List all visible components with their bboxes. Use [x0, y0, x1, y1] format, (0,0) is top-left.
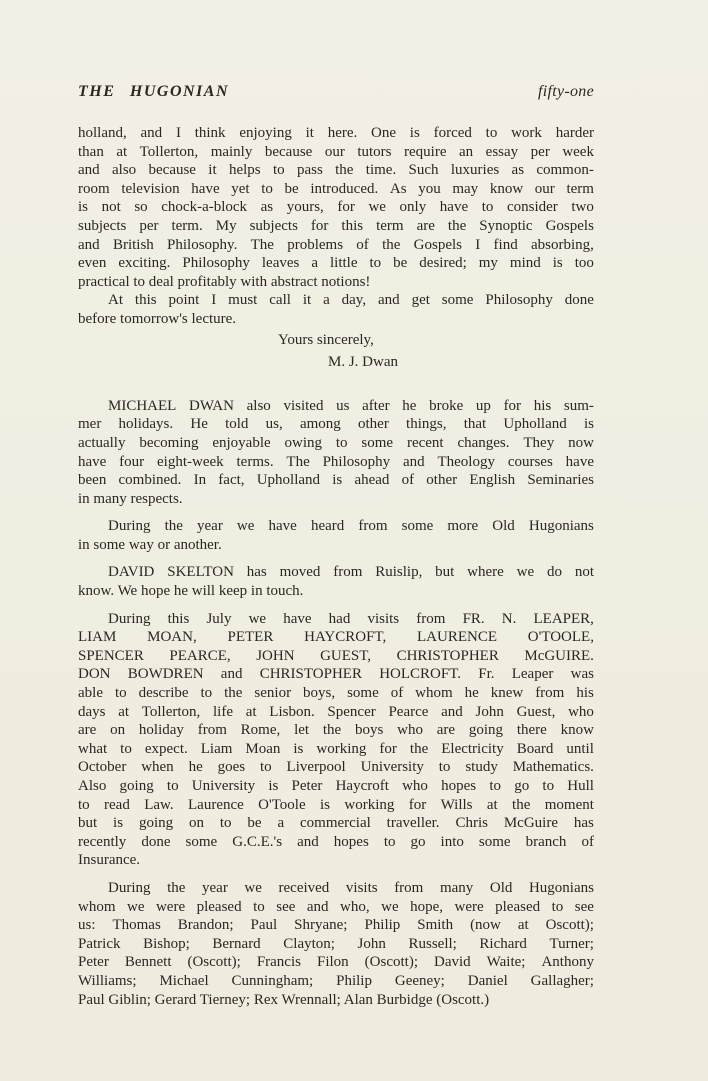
word: JOHN — [256, 647, 294, 666]
word: little — [330, 254, 358, 273]
word: year — [202, 879, 228, 898]
word: Philosophy. — [167, 236, 237, 255]
word: at — [518, 916, 529, 935]
word: to — [261, 180, 273, 199]
text-line: DuringthisJulywehavehadvisitsfromFR.N.LE… — [78, 610, 594, 629]
text-line: PatrickBishop;BernardClayton;JohnRussell… — [78, 935, 594, 954]
word: to — [78, 796, 90, 815]
word: at — [246, 703, 257, 722]
word: have — [191, 180, 219, 199]
word: for — [379, 740, 397, 759]
word: and — [441, 703, 463, 722]
word: tutors — [357, 143, 391, 162]
word: visits — [367, 610, 399, 629]
word: sum- — [564, 397, 594, 416]
text-line: andBritishPhilosophy.TheproblemsoftheGos… — [78, 236, 594, 255]
word: to — [439, 758, 451, 777]
word: the — [512, 796, 530, 815]
word: Geeney; — [395, 972, 445, 991]
word: to — [167, 777, 179, 796]
word: Gospels — [414, 236, 462, 255]
word: to — [336, 434, 348, 453]
word: FR. — [463, 610, 485, 629]
word: get — [412, 291, 430, 310]
word: many — [440, 879, 473, 898]
text-line: toreadLaw.LaurenceO'TooleisworkingforWil… — [78, 796, 594, 815]
word: that — [464, 415, 487, 434]
word: read — [104, 796, 130, 815]
word: to — [542, 777, 554, 796]
word: and — [78, 161, 100, 180]
word: Seminaries — [527, 471, 594, 490]
word: had — [329, 610, 351, 629]
word: let — [294, 721, 309, 740]
word: Cunningham; — [232, 972, 314, 991]
word: at — [116, 143, 127, 162]
text-line: DONBOWDRENandCHRISTOPHERHOLCROFT.Fr.Leap… — [78, 665, 594, 684]
word: we — [237, 517, 255, 536]
word: until — [566, 740, 594, 759]
word: some — [442, 291, 474, 310]
word: at — [487, 796, 498, 815]
word: G.C.E.'s — [232, 833, 282, 852]
word: after — [362, 397, 389, 416]
word: desired; — [419, 254, 466, 273]
text-line: roomtelevisionhaveyettobeintroduced.Asyo… — [78, 180, 594, 199]
word: and — [307, 898, 329, 917]
paragraph: MICHAELDWANalsovisitedusafterhebrokeupfo… — [78, 397, 594, 509]
word: from — [535, 684, 564, 703]
word: pleased — [197, 898, 242, 917]
word: Hugonians — [529, 517, 594, 536]
text-line: practical to deal profitably with abstra… — [78, 273, 594, 292]
word: is — [293, 740, 303, 759]
word: were — [455, 898, 484, 917]
text-line: AtthispointImustcallitaday,andgetsomePhi… — [78, 291, 594, 310]
word: point — [169, 291, 200, 310]
text-line: us:ThomasBrandon;PaulShryane;PhilipSmith… — [78, 916, 594, 935]
word: to — [486, 124, 498, 143]
word: we — [244, 879, 262, 898]
word: yours, — [287, 198, 324, 217]
word: Pearce — [388, 703, 428, 722]
word: he — [402, 397, 416, 416]
word: Waite; — [487, 953, 526, 972]
word: because — [265, 143, 312, 162]
word: from — [416, 610, 445, 629]
word: expect. — [145, 740, 188, 759]
word: Gospels — [546, 217, 594, 236]
word: four — [119, 453, 144, 472]
word: us — [336, 397, 349, 416]
word: Richard — [479, 935, 526, 954]
word: term — [376, 217, 404, 236]
word: Gallagher; — [531, 972, 594, 991]
word: some — [402, 517, 434, 536]
text-line: thanatTollerton,mainlybecauseourtutorsre… — [78, 143, 594, 162]
word: is — [410, 124, 420, 143]
word: absorbing, — [531, 236, 594, 255]
word: to — [384, 833, 396, 852]
word: goes — [218, 758, 246, 777]
text-line: MICHAELDWANalsovisitedusafterhebrokeupfo… — [78, 397, 594, 416]
word: we — [127, 898, 145, 917]
word: DAVID — [108, 563, 154, 582]
word: fact, — [218, 471, 244, 490]
word: we — [368, 198, 386, 217]
word: Anthony — [541, 953, 594, 972]
word: knew — [491, 684, 524, 703]
word: Haycroft — [336, 777, 389, 796]
word: The — [251, 236, 274, 255]
text-line: OctoberwhenhegoestoLiverpoolUniversityto… — [78, 758, 594, 777]
word: the — [323, 721, 341, 740]
word: we — [517, 563, 535, 582]
text-line: isnotsochock-a-blockasyours,forweonlyhav… — [78, 198, 594, 217]
word: must — [228, 291, 257, 310]
word: LAURENCE — [417, 628, 497, 647]
word: who — [402, 777, 428, 796]
word: describe — [139, 684, 189, 703]
text-line: butisgoingontobeacommercialtraveller.Chr… — [78, 814, 594, 833]
word: introduced. — [310, 180, 378, 199]
word: Filon — [317, 953, 349, 972]
word: BOWDREN — [128, 665, 204, 684]
word: life — [213, 703, 233, 722]
word: there — [517, 721, 547, 740]
word: Board — [517, 740, 554, 759]
word: ahead — [354, 471, 389, 490]
word: holidays. — [119, 415, 174, 434]
word: you — [418, 180, 441, 199]
word: to — [489, 777, 501, 796]
word: us, — [266, 415, 283, 434]
word: John — [476, 703, 504, 722]
word: it — [303, 291, 311, 310]
word: our — [325, 143, 345, 162]
word: mind — [510, 254, 541, 273]
word: to — [369, 254, 381, 273]
word: moment — [545, 796, 594, 815]
word: too — [575, 254, 594, 273]
word: among — [300, 415, 341, 434]
word: his — [534, 397, 552, 416]
word: Old — [490, 879, 513, 898]
word: and — [297, 833, 319, 852]
word: MOAN, — [147, 628, 197, 647]
word: Shryane; — [294, 916, 347, 935]
word: go — [411, 833, 426, 852]
text-line: PeterBennett(Oscott);FrancisFilon(Oscott… — [78, 953, 594, 972]
word: During — [108, 879, 151, 898]
word: year — [197, 517, 223, 536]
word: up — [476, 397, 491, 416]
paragraph: DuringtheyearwehaveheardfromsomemoreOldH… — [78, 517, 594, 554]
word: Williams; — [78, 972, 137, 991]
page-content: THE HUGONIAN fifty-one holland,andIthink… — [78, 82, 594, 1009]
word: per — [139, 217, 158, 236]
word: to — [220, 814, 232, 833]
word: HAYCROFT, — [304, 628, 386, 647]
word: been — [78, 471, 106, 490]
word: the — [335, 161, 353, 180]
word: senior — [254, 684, 291, 703]
word: Bernard — [212, 935, 260, 954]
word: who, — [340, 898, 370, 917]
word: Philip — [336, 972, 372, 991]
word: visited — [283, 397, 323, 416]
word: boys, — [303, 684, 335, 703]
word: Peter — [292, 777, 323, 796]
text-line: in some way or another. — [78, 536, 594, 555]
word: of — [356, 236, 369, 255]
word: because — [149, 161, 196, 180]
word: other — [426, 471, 457, 490]
word: have — [566, 453, 594, 472]
word: My — [216, 217, 237, 236]
word: know — [561, 721, 594, 740]
letter-closing: Yours sincerely, — [78, 331, 594, 350]
word: on — [110, 721, 125, 740]
word: done — [141, 833, 170, 852]
word: DWAN — [189, 397, 234, 416]
word: is — [113, 814, 123, 833]
word: O'Toole — [258, 796, 305, 815]
word: Old — [492, 517, 515, 536]
word: and — [221, 665, 243, 684]
word: study — [465, 758, 498, 777]
word: Smith — [417, 916, 453, 935]
word: do — [547, 563, 562, 582]
word: us: — [78, 916, 96, 935]
word: even — [78, 254, 106, 273]
word: DON — [78, 665, 111, 684]
word: is — [320, 796, 330, 815]
word: Spencer — [327, 703, 375, 722]
word: this — [135, 291, 157, 310]
word: than — [78, 143, 104, 162]
word: traveller. — [387, 814, 440, 833]
word: MICHAEL — [108, 397, 176, 416]
word: LIAM — [78, 628, 116, 647]
paragraph: DuringthisJulywehavehadvisitsfromFR.N.LE… — [78, 610, 594, 870]
word: term. — [171, 217, 202, 236]
word: a — [323, 291, 330, 310]
word: Upholland — [503, 415, 566, 434]
word: the — [224, 684, 242, 703]
text-line: Williams;MichaelCunningham;PhilipGeeney;… — [78, 972, 594, 991]
word: he — [465, 684, 479, 703]
word: going — [469, 721, 503, 740]
word: Also — [78, 777, 106, 796]
word: to — [552, 898, 564, 917]
word: the — [410, 740, 428, 759]
word: television — [121, 180, 179, 199]
word: problems — [287, 236, 343, 255]
word: mainly — [211, 143, 253, 162]
word: University — [192, 777, 255, 796]
text-line: merholidays.Hetoldus,amongotherthings,th… — [78, 415, 594, 434]
word: Mathematics. — [513, 758, 594, 777]
word: Tollerton, — [142, 703, 201, 722]
word: David — [434, 953, 471, 972]
word: Liverpool — [287, 758, 346, 777]
word: some — [186, 833, 218, 852]
word: actually — [78, 434, 125, 453]
word: Brandon; — [178, 916, 234, 935]
text-line: evenexciting.Philosophyleavesalittletobe… — [78, 254, 594, 273]
word: to — [120, 740, 132, 759]
text-line: Paul Giblin; Gerard Tierney; Rex Wrennal… — [78, 991, 594, 1010]
word: PETER — [227, 628, 273, 647]
text-line: SPENCERPEARCE,JOHNGUEST,CHRISTOPHERMcGUI… — [78, 647, 594, 666]
word: I — [475, 236, 480, 255]
word: exciting. — [118, 254, 170, 273]
word: of — [581, 833, 594, 852]
text-line: holland,andIthinkenjoyingithere.Oneisfor… — [78, 124, 594, 143]
word: pass — [297, 161, 323, 180]
text-line: Insurance. — [78, 851, 594, 870]
word: One — [371, 124, 396, 143]
word: In — [194, 471, 207, 490]
word: he — [189, 758, 203, 777]
word: Fr. — [478, 665, 494, 684]
word: some — [479, 833, 511, 852]
word: Laurence — [188, 796, 244, 815]
word: Upholland — [257, 471, 320, 490]
word: this — [341, 217, 363, 236]
word: O'TOOLE, — [528, 628, 594, 647]
word: to — [253, 898, 265, 917]
word: becoming — [139, 434, 198, 453]
word: are — [78, 721, 96, 740]
word: October — [78, 758, 126, 777]
word: LEAPER, — [534, 610, 594, 629]
word: our — [535, 180, 555, 199]
word: more — [447, 517, 478, 536]
word: is — [268, 777, 278, 796]
word: Ruislip, — [375, 563, 422, 582]
word: working — [344, 796, 394, 815]
word: from — [394, 879, 423, 898]
text-line: LIAMMOAN,PETERHAYCROFT,LAURENCEO'TOOLE, — [78, 628, 594, 647]
word: Daniel — [468, 972, 508, 991]
word: require — [404, 143, 446, 162]
word: who — [397, 721, 423, 740]
word: The — [286, 453, 309, 472]
journal-title: THE HUGONIAN — [78, 82, 229, 101]
word: harder — [556, 124, 594, 143]
word: CHRISTOPHER — [397, 647, 499, 666]
word: to — [273, 161, 285, 180]
word: days — [78, 703, 106, 722]
word: Theology — [437, 453, 495, 472]
word: holland, — [78, 124, 127, 143]
word: Liam — [201, 740, 233, 759]
word: leaves — [262, 254, 299, 273]
word: for — [409, 796, 427, 815]
word: He — [190, 415, 208, 434]
text-line: havefoureight-weekterms.ThePhilosophyand… — [78, 453, 594, 472]
word: common- — [536, 161, 594, 180]
word: Francis — [257, 953, 301, 972]
word: go — [514, 777, 529, 796]
word: Lisbon. — [269, 703, 314, 722]
word: a — [277, 814, 284, 833]
word: Electricity — [441, 740, 503, 759]
word: mer — [78, 415, 101, 434]
word: here. — [328, 124, 358, 143]
word: working — [316, 740, 366, 759]
word: (Oscott); — [187, 953, 240, 972]
word: hope, — [410, 898, 443, 917]
word: have — [440, 198, 468, 217]
word: were — [156, 898, 185, 917]
word: Hull — [567, 777, 594, 796]
word: what — [78, 740, 107, 759]
word: Tollerton, — [140, 143, 199, 162]
word: PEARCE, — [169, 647, 230, 666]
word: has — [247, 563, 267, 582]
word: other — [358, 415, 389, 434]
word: is — [78, 198, 88, 217]
word: call — [269, 291, 291, 310]
word: enjoying — [239, 124, 292, 143]
word: told — [225, 415, 248, 434]
word: commercial — [300, 814, 371, 833]
word: subjects — [78, 217, 126, 236]
text-line: DAVIDSKELTONhasmovedfromRuislip,butwhere… — [78, 563, 594, 582]
word: English — [469, 471, 515, 490]
word: at — [118, 703, 129, 722]
word: as — [261, 198, 274, 217]
word: received — [279, 879, 330, 898]
word: to — [115, 684, 127, 703]
word: N. — [502, 610, 517, 629]
word: day, — [342, 291, 366, 310]
word: term — [566, 180, 594, 199]
word: now — [568, 434, 594, 453]
page-number: fifty-one — [538, 82, 594, 101]
word: owing — [285, 434, 323, 453]
word: think — [195, 124, 226, 143]
word: the — [382, 236, 400, 255]
word: John — [358, 935, 386, 954]
word: per — [531, 143, 550, 162]
word: the — [165, 517, 183, 536]
word: Peter — [78, 953, 109, 972]
word: is — [584, 415, 594, 434]
word: Philosophy — [485, 291, 553, 310]
paragraph: holland,andIthinkenjoyingithere.Oneisfor… — [78, 124, 594, 291]
word: an — [459, 143, 473, 162]
paragraph: AtthispointImustcallitaday,andgetsomePhi… — [78, 291, 594, 328]
word: time. — [366, 161, 396, 180]
text-line: AlsogoingtoUniversityisPeterHaycroftwhoh… — [78, 777, 594, 796]
word: consider — [507, 198, 558, 217]
word: Philosophy — [182, 254, 250, 273]
word: going — [139, 814, 173, 833]
word: only — [400, 198, 427, 217]
word: recent — [407, 434, 444, 453]
word: Patrick — [78, 935, 121, 954]
word: to — [201, 684, 213, 703]
word: Paul — [251, 916, 278, 935]
word: Philosophy — [323, 453, 391, 472]
word: Philip — [364, 916, 400, 935]
word: Thomas — [112, 916, 160, 935]
word: room — [78, 180, 110, 199]
